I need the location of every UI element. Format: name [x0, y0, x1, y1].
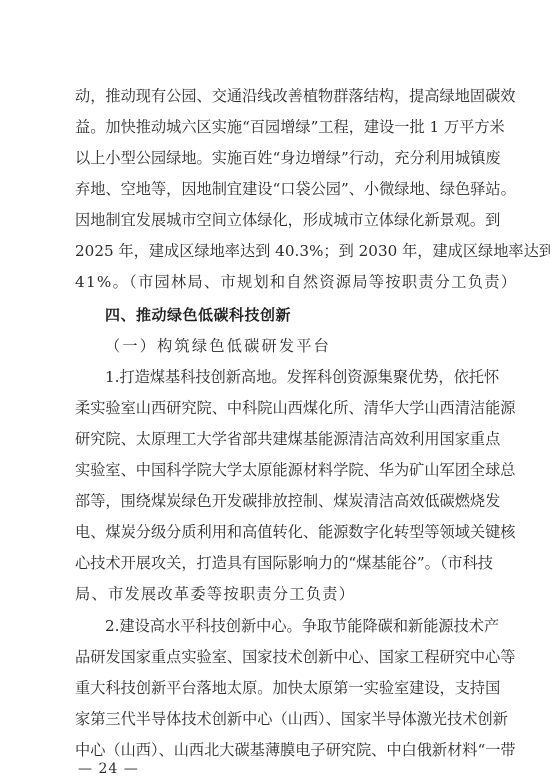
page-number: — 24 — — [78, 760, 139, 778]
body-text-line: 心技术开展攻关，打造具有国际影响力的“煤基能谷”。（市科技 — [75, 551, 479, 575]
section-heading: 四、推动绿色低碳科技创新 — [105, 303, 479, 327]
body-text-line: 局、市发展改革委等按职责分工负责） — [75, 582, 479, 606]
body-text-line: 因地制宜发展城市空间立体绿化，形成城市立体绿化新景观。到 — [75, 208, 479, 232]
body-text-line: 部等，围绕煤炭绿色开发碳排放控制、煤炭清洁高效低碳燃烧发 — [75, 489, 479, 513]
body-text-line: 电、煤炭分级分质利用和高值转化、能源数字化转型等领域关键核 — [75, 520, 479, 544]
body-text-line: 实验室、中国科学院大学太原能源材料学院、华为矿山军团全球总 — [75, 458, 479, 482]
body-text-line: 2025 年，建成区绿地率达到 40.3%；到 2030 年，建成区绿地率达到 — [75, 239, 479, 263]
body-text-line: 重大科技创新平台落地太原。加快太原第一实验室建设，支持国 — [75, 676, 479, 700]
item-1-first-line: 1.打造煤基科技创新高地。发挥科创资源集聚优势，依托怀 — [105, 365, 479, 389]
body-text-line: 益。加快推动城六区实施“百园增绿”工程，建设一批 1 万平方米 — [75, 115, 479, 139]
body-text-line: 研究院、太原理工大学省部共建煤基能源清洁高效利用国家重点 — [75, 427, 479, 451]
item-2-first-line: 2.建设高水平科技创新中心。争取节能降碳和新能源技术产 — [105, 614, 479, 638]
body-text-line: 中心（山西）、山西北大碳基薄膜电子研究院、中白俄新材料“一带 — [75, 738, 479, 762]
body-text-line: 品研发国家重点实验室、国家技术创新中心、国家工程研究中心等 — [75, 645, 479, 669]
body-text-line: 柔实验室山西研究院、中科院山西煤化所、清华大学山西清洁能源 — [75, 396, 479, 420]
body-text-line: 动，推动现有公园、交通沿线改善植物群落结构，提高绿地固碳效 — [75, 84, 479, 108]
body-text-line: 41%。（市园林局、市规划和自然资源局等按职责分工负责） — [75, 270, 479, 294]
subsection-heading: （一）构筑绿色低碳研发平台 — [105, 334, 479, 358]
body-text-line: 以上小型公园绿地。实施百姓“身边增绿”行动，充分利用城镇废 — [75, 146, 479, 170]
body-text-line: 家第三代半导体技术创新中心（山西）、国家半导体激光技术创新 — [75, 707, 479, 731]
body-text-line: 弃地、空地等，因地制宜建设“口袋公园”、小微绿地、绿色驿站。 — [75, 177, 479, 201]
document-page: 动，推动现有公园、交通沿线改善植物群落结构，提高绿地固碳效 益。加快推动城六区实… — [0, 0, 550, 778]
